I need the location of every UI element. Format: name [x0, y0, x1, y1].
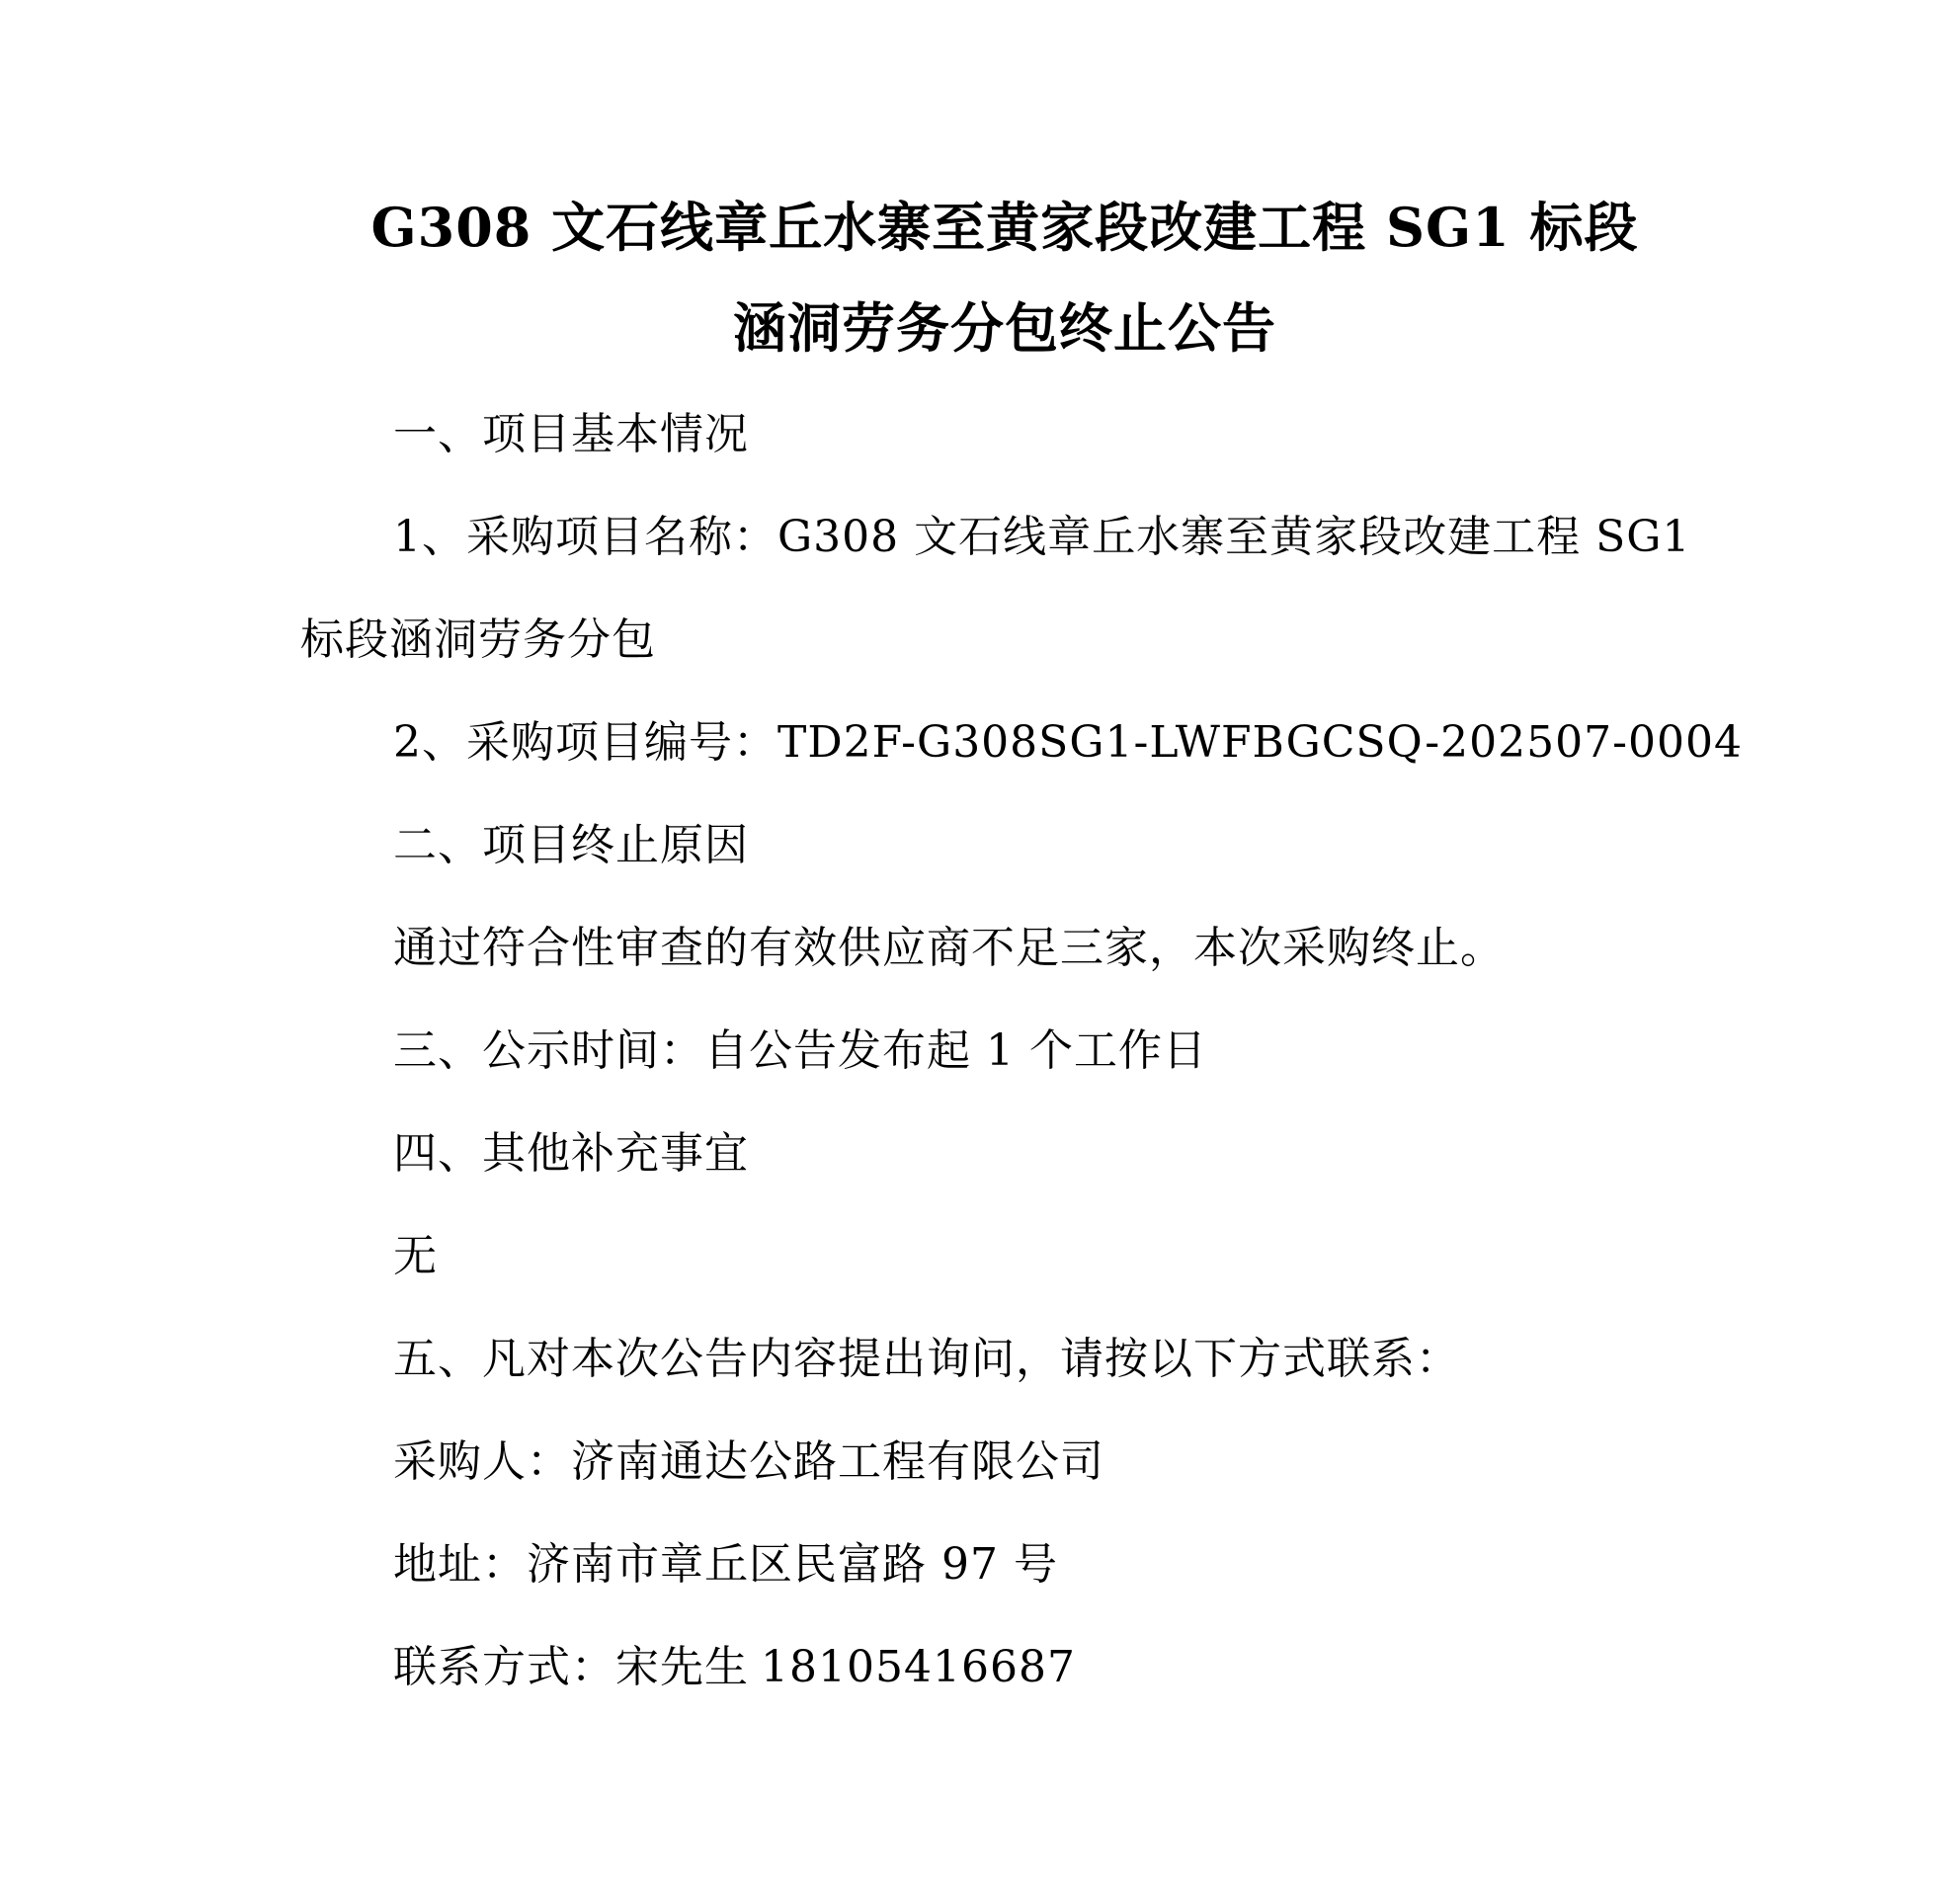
address-row: 地址：济南市章丘区民富路 97 号 [393, 1539, 1058, 1591]
publicity-period-value: 自公告发布起 1 个工作日 [704, 1025, 1207, 1076]
project-number-value: TD2F-G308SG1-LWFBGCSQ-202507-0004 [777, 717, 1743, 768]
contact-label: 联系方式： [393, 1642, 615, 1692]
document-title-line-2: 涵洞劳务分包终止公告 [0, 298, 1960, 358]
purchaser-row: 采购人：济南通达公路工程有限公司 [393, 1436, 1104, 1488]
project-number-label: 2、采购项目编号： [393, 717, 777, 768]
project-name-row: 1、采购项目名称：G308 文石线章丘水寨至黄家段改建工程 SG1 [393, 512, 1690, 563]
contact-person: 宋先生 [615, 1642, 749, 1692]
contact-row: 联系方式：宋先生18105416687 [393, 1642, 1076, 1693]
publicity-period-row: 三、公示时间：自公告发布起 1 个工作日 [393, 1025, 1207, 1077]
section-2-heading: 二、项目终止原因 [393, 820, 749, 871]
project-number-row: 2、采购项目编号：TD2F-G308SG1-LWFBGCSQ-202507-00… [393, 717, 1743, 769]
contact-phone: 18105416687 [761, 1642, 1076, 1692]
termination-reason: 通过符合性审查的有效供应商不足三家，本次采购终止。 [393, 923, 1505, 974]
address-label: 地址： [393, 1539, 527, 1590]
section-5-heading: 五、凡对本次公告内容提出询问，请按以下方式联系： [393, 1334, 1460, 1385]
address-value: 济南市章丘区民富路 97 号 [527, 1539, 1058, 1590]
supplementary-matters: 无 [393, 1231, 438, 1282]
document-title-line-1: G308 文石线章丘水寨至黄家段改建工程 SG1 标段 [0, 198, 1960, 257]
section-1-heading: 一、项目基本情况 [393, 409, 749, 460]
section-4-heading: 四、其他补充事宜 [393, 1128, 749, 1180]
section-3-heading: 三、公示时间： [393, 1025, 704, 1076]
purchaser-value: 济南通达公路工程有限公司 [571, 1436, 1104, 1487]
purchaser-label: 采购人： [393, 1436, 571, 1487]
project-name-label: 1、采购项目名称： [393, 512, 777, 562]
project-name-value: G308 文石线章丘水寨至黄家段改建工程 SG1 [777, 512, 1690, 562]
document-page: G308 文石线章丘水寨至黄家段改建工程 SG1 标段 涵洞劳务分包终止公告 一… [0, 0, 1960, 1883]
project-name-continuation: 标段涵洞劳务分包 [300, 614, 656, 666]
